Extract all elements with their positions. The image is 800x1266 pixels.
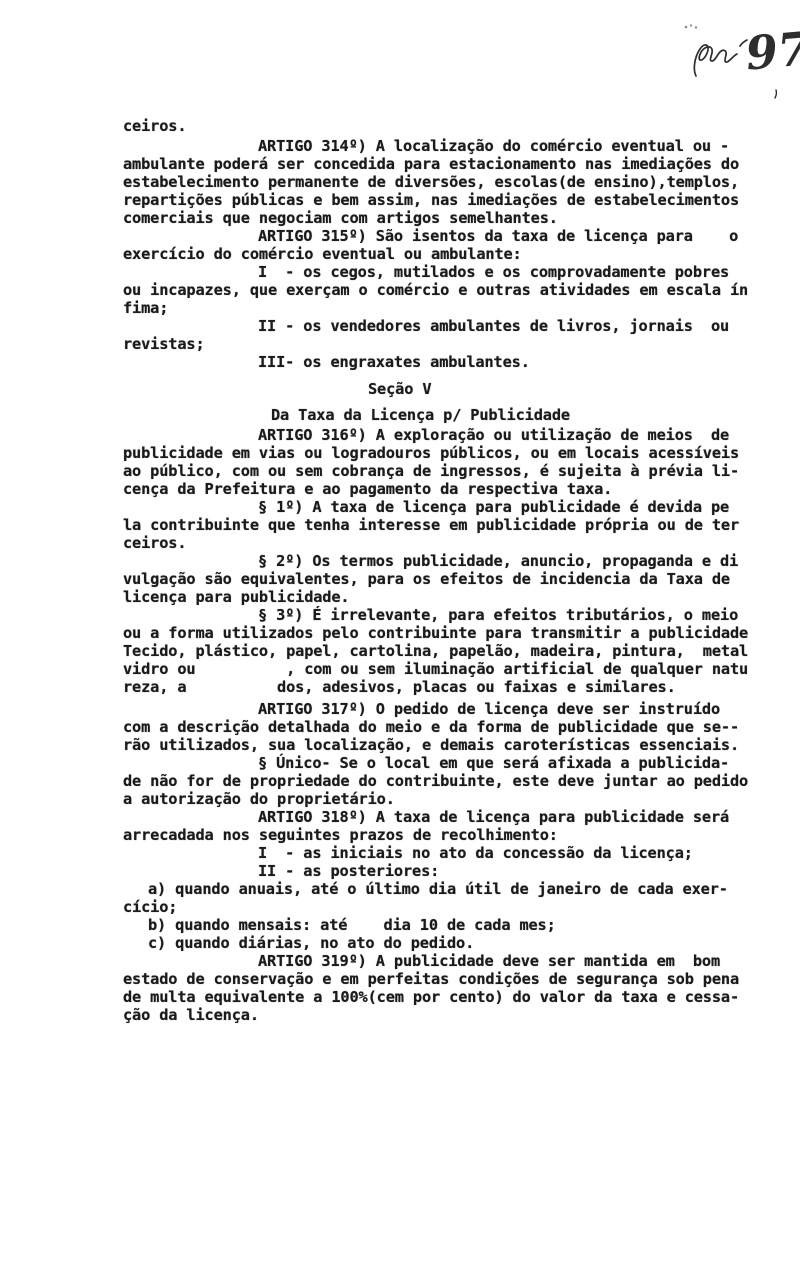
- doc-line: c) quando diárias, no ato do pedido.: [0, 934, 800, 952]
- doc-line: cício;: [0, 898, 800, 916]
- doc-line: fima;: [0, 299, 800, 317]
- doc-line: ambulante poderá ser concedida para esta…: [0, 155, 800, 173]
- doc-line: de multa equivalente a 100%(cem por cent…: [0, 988, 800, 1006]
- doc-line: cença da Prefeitura e ao pagamento da re…: [0, 480, 800, 498]
- scanned-page: 97 ceiros.ARTIGO 314º) A localização do …: [0, 0, 800, 1266]
- pen-tick-mark: [775, 90, 776, 98]
- doc-line: ARTIGO 316º) A exploração ou utilização …: [0, 426, 800, 444]
- doc-line: repartições públicas e bem assim, nas im…: [0, 191, 800, 209]
- doc-line: ceiros.: [0, 117, 800, 135]
- doc-line: arrecadada nos seguintes prazos de recol…: [0, 826, 800, 844]
- doc-line: II - os vendedores ambulantes de livros,…: [0, 317, 800, 335]
- doc-line: revistas;: [0, 335, 800, 353]
- doc-line: publicidade em vias ou logradouros públi…: [0, 444, 800, 462]
- doc-line: I - os cegos, mutilados e os comprovadam…: [0, 263, 800, 281]
- doc-line: I - as iniciais no ato da concessão da l…: [0, 844, 800, 862]
- ink-speck: [695, 26, 697, 28]
- document-text: ceiros.ARTIGO 314º) A localização do com…: [0, 117, 800, 1024]
- ink-speck: [685, 26, 688, 29]
- doc-line: com a descrição detalhada do meio e da f…: [0, 718, 800, 736]
- doc-line: Da Taxa da Licença p/ Publicidade: [0, 406, 800, 424]
- doc-line: rão utilizados, sua localização, e demai…: [0, 736, 800, 754]
- doc-line: vidro ou , com ou sem iluminação artific…: [0, 660, 800, 678]
- doc-line: § 3º) É irrelevante, para efeitos tribut…: [0, 606, 800, 624]
- doc-line: Seção V: [0, 380, 800, 398]
- doc-line: § 2º) Os termos publicidade, anuncio, pr…: [0, 552, 800, 570]
- doc-line: III- os engraxates ambulantes.: [0, 353, 800, 371]
- doc-line: de não for de propriedade do contribuint…: [0, 772, 800, 790]
- doc-line: b) quando mensais: até dia 10 de cada me…: [0, 916, 800, 934]
- doc-line: licença para publicidade.: [0, 588, 800, 606]
- doc-line: § Único- Se o local em que será afixada …: [0, 754, 800, 772]
- doc-line: a) quando anuais, até o último dia útil …: [0, 880, 800, 898]
- doc-line: reza, a dos, adesivos, placas ou faixas …: [0, 678, 800, 696]
- doc-line: a autorização do proprietário.: [0, 790, 800, 808]
- page-number-text: 97: [743, 21, 800, 80]
- doc-line: ARTIGO 317º) O pedido de licença deve se…: [0, 700, 800, 718]
- doc-line: ARTIGO 319º) A publicidade deve ser mant…: [0, 952, 800, 970]
- doc-line: ceiros.: [0, 534, 800, 552]
- doc-line: § 1º) A taxa de licença para publicidade…: [0, 498, 800, 516]
- doc-line: Tecido, plástico, papel, cartolina, pape…: [0, 642, 800, 660]
- doc-line: ou a forma utilizados pelo contribuinte …: [0, 624, 800, 642]
- signature-squiggle: [694, 45, 737, 76]
- doc-line: comerciais que negociam com artigos seme…: [0, 209, 800, 227]
- doc-line: ou incapazes, que exerçam o comércio e o…: [0, 281, 800, 299]
- doc-line: la contribuinte que tenha interesse em p…: [0, 516, 800, 534]
- ink-speck: [690, 24, 692, 26]
- doc-line: ARTIGO 314º) A localização do comércio e…: [0, 137, 800, 155]
- doc-line: ao público, com ou sem cobrança de ingre…: [0, 462, 800, 480]
- doc-line: ção da licença.: [0, 1006, 800, 1024]
- doc-line: estado de conservação e em perfeitas con…: [0, 970, 800, 988]
- doc-line: estabelecimento permanente de diversões,…: [0, 173, 800, 191]
- doc-line: vulgação são equivalentes, para os efeit…: [0, 570, 800, 588]
- doc-line: exercício do comércio eventual ou ambula…: [0, 245, 800, 263]
- doc-line: II - as posteriores:: [0, 862, 800, 880]
- doc-line: ARTIGO 318º) A taxa de licença para publ…: [0, 808, 800, 826]
- handwritten-page-number: 97: [600, 0, 800, 110]
- doc-line: ARTIGO 315º) São isentos da taxa de lice…: [0, 227, 800, 245]
